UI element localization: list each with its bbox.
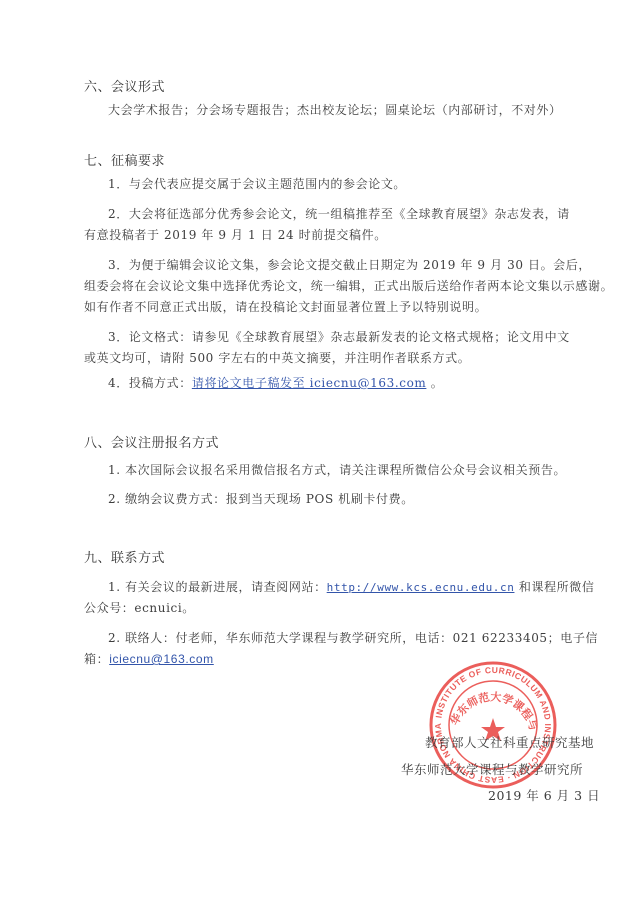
- cfp-item-2-line2: 有意投稿者于 2019 年 9 月 1 日 24 时前提交稿件。: [84, 226, 387, 243]
- submission-method-label: 4．投稿方式：: [108, 376, 192, 390]
- section-heading-call-for-papers: 七、征稿要求: [84, 150, 165, 169]
- cfp-item-3a-line2: 组委会将在会议论文集中选择优秀论文，统一编辑，正式出版后送给作者两本论文集以示感…: [84, 277, 613, 294]
- cfp-item-3a-line1: 3．为便于编辑会议论文集，参会论文提交截止日期定为 2019 年 9 月 30 …: [108, 256, 591, 273]
- cfp-item-3a-line3: 如有作者不同意正式出版，请在投稿论文封面显著位置上予以特别说明。: [84, 298, 487, 315]
- registration-item-1: 1. 本次国际会议报名采用微信报名方式，请关注课程所微信公众号会议相关预告。: [108, 461, 566, 478]
- registration-item-2: 2. 缴纳会议费方式：报到当天现场 POS 机刷卡付费。: [108, 490, 414, 507]
- contact-item-1-line2: 公众号：ecnuici。: [84, 599, 195, 616]
- signature-org-1: 教育部人文社科重点研究基地: [425, 733, 594, 751]
- signature-date: 2019 年 6 月 3 日: [488, 786, 600, 804]
- cfp-item-1: 1．与会代表应提交属于会议主题范围内的参会论文。: [108, 175, 406, 192]
- contact-website-suffix: 和课程所微信: [514, 580, 594, 594]
- contact-item-2-line2: 箱：iciecnu@163.com: [84, 650, 214, 667]
- cfp-item-3b-line1: 3．论文格式：请参见《全球教育展望》杂志最新发表的论文格式规格；论文用中文: [108, 328, 570, 345]
- conference-format-body: 大会学术报告；分会场专题报告；杰出校友论坛；圆桌论坛（内部研讨，不对外）: [108, 101, 562, 118]
- website-link[interactable]: http://www.kcs.ecnu.edu.cn: [327, 581, 515, 594]
- submission-email-link[interactable]: 请将论文电子稿发至 iciecnu@163.com: [192, 376, 427, 390]
- cfp-item-4: 4．投稿方式：请将论文电子稿发至 iciecnu@163.com 。: [108, 374, 443, 391]
- section-heading-registration: 八、会议注册报名方式: [84, 432, 219, 451]
- contact-item-2-line1: 2. 联络人：付老师，华东师范大学课程与教学研究所，电话：021 6223340…: [108, 629, 598, 646]
- contact-website-prefix: 1. 有关会议的最新进展，请查阅网站：: [108, 580, 327, 594]
- contact-item-1-line1: 1. 有关会议的最新进展，请查阅网站：http://www.kcs.ecnu.e…: [108, 578, 594, 595]
- section-heading-contact: 九、联系方式: [84, 547, 165, 566]
- cfp-item-2-line1: 2．大会将征选部分优秀参会论文，统一组稿推荐至《全球教育展望》杂志发表，请: [108, 205, 570, 222]
- signature-org-2: 华东师范大学课程与教学研究所: [401, 760, 583, 778]
- submission-method-end: 。: [426, 376, 443, 390]
- email-prefix: 箱：: [84, 652, 109, 666]
- contact-email-link[interactable]: iciecnu@163.com: [109, 652, 214, 666]
- section-heading-conference-format: 六、会议形式: [84, 76, 165, 95]
- document-page: 六、会议形式 大会学术报告；分会场专题报告；杰出校友论坛；圆桌论坛（内部研讨，不…: [0, 0, 636, 899]
- cfp-item-3b-line2: 或英文均可，请附 500 字左右的中英文摘要，并注明作者联系方式。: [84, 349, 470, 366]
